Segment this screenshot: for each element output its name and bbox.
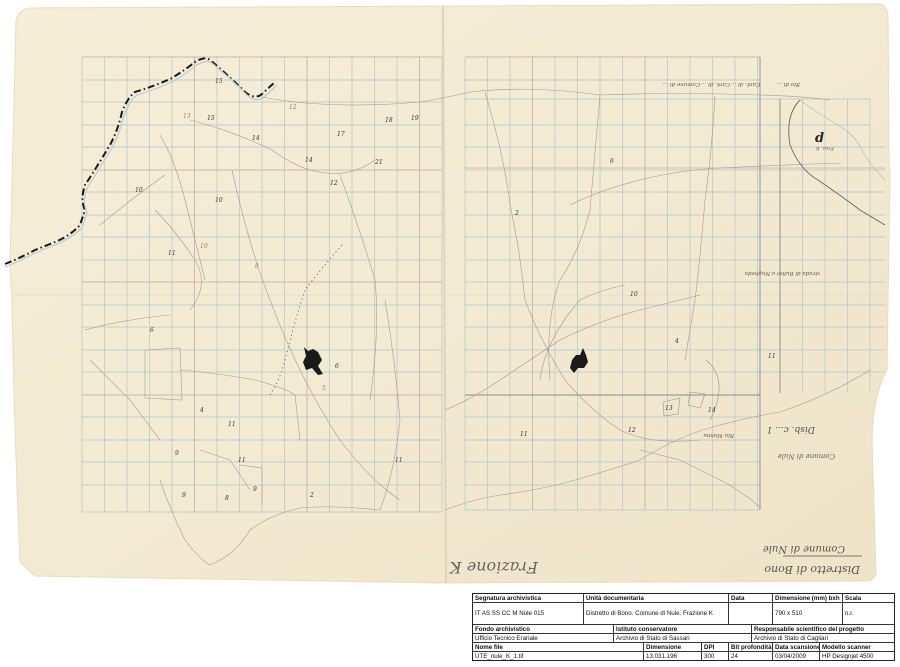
header-bit-profondita: Bit profondità	[728, 643, 772, 651]
svg-text:14: 14	[305, 157, 313, 164]
value-scala: n.r.	[842, 603, 894, 624]
paper-sheet	[10, 4, 890, 583]
svg-text:21: 21	[374, 159, 383, 166]
header-unita-documentaria: Unità documentaria	[583, 594, 728, 602]
svg-text:13: 13	[183, 113, 191, 120]
value-responsabile: Archivio di Stato di Cagliari	[751, 634, 894, 642]
value-data-scansione: 03/04/2009	[772, 652, 819, 660]
cadastral-map-scan: 15 13 15 14 12 14 12 21 17 18 19 10 10 1…	[0, 0, 900, 590]
table-row-values-2: Ufficio Tecnico Erariale Archivio di Sta…	[473, 633, 894, 642]
road-note: strada di Bultei a Nughedu	[744, 270, 820, 276]
scale-note: Disb. c... 1	[767, 424, 816, 434]
svg-text:8: 8	[255, 263, 259, 270]
header-dpi: DPI	[701, 643, 728, 651]
district-label: Distretto di Bono	[764, 563, 861, 576]
value-dpi: 300	[701, 652, 728, 660]
svg-text:10: 10	[630, 291, 638, 298]
svg-text:14: 14	[708, 407, 716, 414]
svg-text:9: 9	[175, 450, 179, 457]
table-row-header-1: Segnatura archivistica Unità documentari…	[473, 594, 894, 602]
header-nome-file: Nome file	[473, 643, 643, 651]
svg-text:14: 14	[252, 135, 260, 142]
table-row-values-3: UTE_nule_K_1.tif 13.031.196 300 24 03/04…	[473, 651, 894, 660]
svg-text:17: 17	[337, 131, 345, 138]
header-istituto: Istituto conservatore	[613, 625, 751, 633]
svg-text:6: 6	[335, 363, 339, 370]
header-modello-scanner: Modello scanner	[819, 643, 894, 651]
river-note: Riu Mannu	[703, 432, 735, 438]
svg-text:Cant. di ...: Cant. di ...	[701, 81, 730, 87]
svg-text:11: 11	[520, 431, 528, 438]
header-scala: Scala	[842, 594, 894, 602]
svg-text:Comune di ...: Comune di ...	[663, 81, 700, 87]
header-data-scansione: Data scansione	[772, 643, 819, 651]
parcel-letter-d: d	[815, 131, 824, 146]
svg-text:11: 11	[238, 457, 246, 464]
table-row-header-3: Nome file Dimensione DPI Bit profondità …	[473, 642, 894, 651]
svg-text:9: 9	[253, 486, 257, 493]
value-istituto: Archivio di Stato di Sassari	[613, 634, 751, 642]
header-fondo: Fondo archivistico	[473, 625, 613, 633]
value-segnatura: IT AS SS CC M Nule 015	[473, 603, 583, 624]
svg-text:11: 11	[228, 421, 236, 428]
value-modello-scanner: HP Designjet 4500	[819, 652, 894, 660]
value-fondo: Ufficio Tecnico Erariale	[473, 634, 613, 642]
svg-text:Cant. di ...: Cant. di ...	[731, 81, 760, 87]
svg-text:10: 10	[135, 187, 143, 194]
value-data	[728, 603, 772, 624]
header-dimensione-mm: Dimensione (mm) bxh	[772, 594, 842, 602]
svg-text:Fraz. K: Fraz. K	[815, 145, 835, 151]
header-data: Data	[728, 594, 772, 602]
archival-metadata-table: Segnatura archivistica Unità documentari…	[472, 593, 895, 661]
svg-text:8: 8	[225, 495, 229, 502]
svg-text:19: 19	[411, 115, 419, 122]
header-dimensione: Dimensione	[643, 643, 701, 651]
svg-text:6: 6	[610, 158, 614, 165]
svg-text:Rio di ...: Rio di ...	[777, 81, 801, 87]
svg-text:11: 11	[768, 353, 776, 360]
svg-text:15: 15	[215, 78, 223, 85]
svg-text:9: 9	[182, 492, 186, 499]
header-responsabile: Responsabile scientifico del progetto	[751, 625, 894, 633]
value-nome-file: UTE_nule_K_1.tif	[473, 652, 643, 660]
svg-text:12: 12	[628, 427, 636, 434]
svg-text:2: 2	[514, 210, 519, 217]
svg-text:6: 6	[150, 327, 154, 334]
value-dimensione-mm: 790 x 510	[772, 603, 842, 624]
svg-text:4: 4	[674, 338, 679, 345]
comune-box: Comune di Nule	[763, 543, 845, 554]
svg-text:4: 4	[199, 407, 204, 414]
svg-text:11: 11	[395, 457, 403, 464]
sheet-label-frazione: Frazione K	[449, 558, 539, 577]
value-dimensione: 13.031.196	[643, 652, 701, 660]
svg-text:10: 10	[215, 197, 223, 204]
svg-text:10: 10	[200, 243, 208, 250]
svg-text:11: 11	[168, 250, 176, 257]
svg-text:18: 18	[385, 117, 393, 124]
header-segnatura: Segnatura archivistica	[473, 594, 583, 602]
svg-text:12: 12	[330, 180, 338, 187]
comune-stamp: Comune di Nule	[777, 452, 835, 460]
table-row-header-2: Fondo archivistico Istituto conservatore…	[473, 624, 894, 633]
svg-text:15: 15	[207, 115, 215, 122]
svg-text:5: 5	[322, 385, 326, 392]
svg-text:12: 12	[289, 104, 297, 111]
value-unita-documentaria: Distretto di Bono. Comune di Nule. Frazi…	[583, 603, 728, 624]
svg-text:13: 13	[665, 405, 673, 412]
svg-text:2: 2	[309, 492, 314, 499]
value-bit-profondita: 24	[728, 652, 772, 660]
table-row-values-1: IT AS SS CC M Nule 015 Distretto di Bono…	[473, 602, 894, 624]
